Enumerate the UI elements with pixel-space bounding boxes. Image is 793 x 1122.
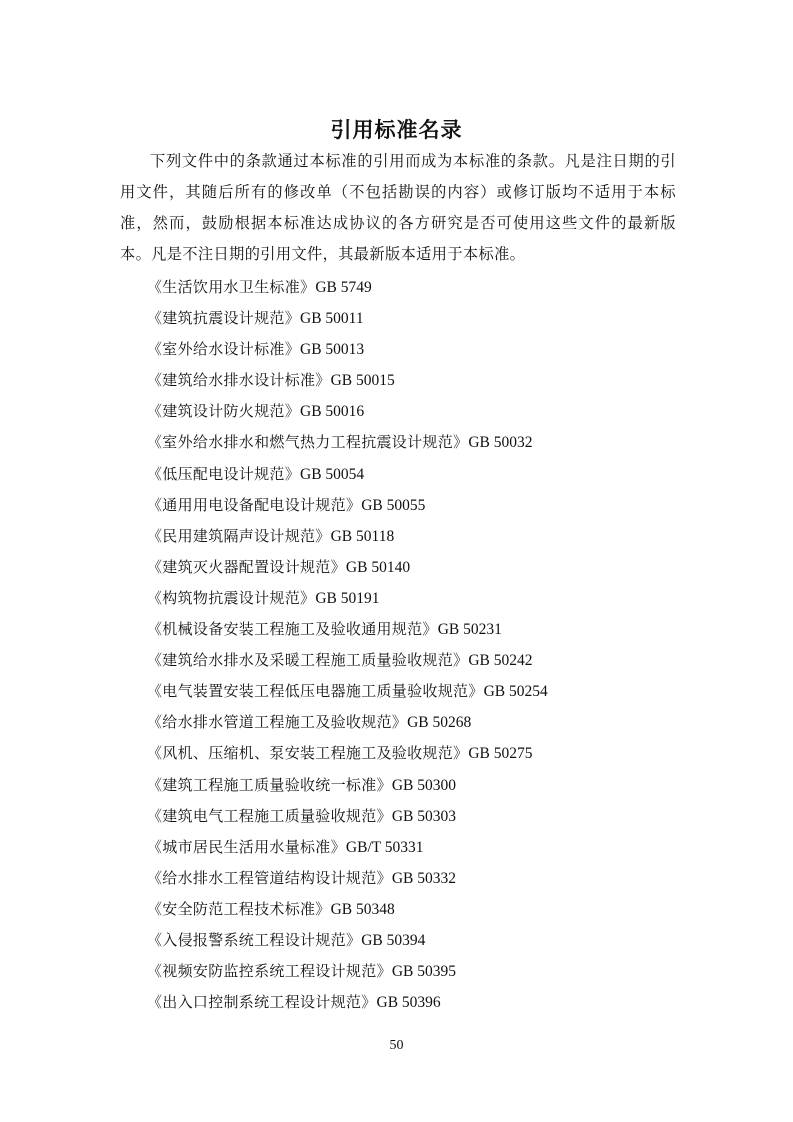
reference-name: 《室外给水排水和燃气热力工程抗震设计规范》: [147, 433, 468, 451]
reference-name: 《给水排水管道工程施工及验收规范》: [147, 713, 407, 731]
reference-code: GB 5749: [315, 279, 371, 296]
reference-name: 《出入口控制系统工程设计规范》: [147, 993, 377, 1011]
reference-code: GB 50011: [300, 310, 364, 327]
reference-code: GB 50118: [331, 528, 395, 545]
reference-name: 《构筑物抗震设计规范》: [147, 589, 315, 607]
reference-name: 《建筑工程施工质量验收统一标准》: [147, 776, 392, 794]
list-item: 《建筑电气工程施工质量验收规范》GB 50303: [147, 801, 548, 832]
list-item: 《城市居民生活用水量标准》GB/T 50331: [147, 832, 548, 863]
reference-name: 《通用用电设备配电设计规范》: [147, 496, 361, 514]
list-item: 《通用用电设备配电设计规范》GB 50055: [147, 490, 548, 521]
reference-name: 《室外给水设计标准》: [147, 340, 300, 358]
reference-name: 《建筑给水排水设计标准》: [147, 371, 331, 389]
reference-name: 《建筑抗震设计规范》: [147, 309, 300, 327]
reference-code: GB 50055: [361, 497, 425, 514]
reference-code: GB 50395: [392, 963, 456, 980]
reference-code: GB 50191: [315, 590, 379, 607]
reference-name: 《给水排水工程管道结构设计规范》: [147, 869, 392, 887]
list-item: 《给水排水管道工程施工及验收规范》GB 50268: [147, 707, 548, 738]
reference-name: 《生活饮用水卫生标准》: [147, 278, 315, 296]
reference-name: 《电气装置安装工程低压电器施工质量验收规范》: [147, 682, 484, 700]
page-title: 引用标准名录: [0, 115, 793, 145]
reference-name: 《建筑电气工程施工质量验收规范》: [147, 807, 392, 825]
list-item: 《建筑工程施工质量验收统一标准》GB 50300: [147, 770, 548, 801]
reference-code: GB 50013: [300, 341, 364, 358]
list-item: 《生活饮用水卫生标准》GB 5749: [147, 272, 548, 303]
page-number: 50: [0, 1038, 793, 1054]
reference-code: GB 50254: [484, 683, 548, 700]
list-item: 《电气装置安装工程低压电器施工质量验收规范》GB 50254: [147, 676, 548, 707]
reference-list: 《生活饮用水卫生标准》GB 5749 《建筑抗震设计规范》GB 50011 《室…: [147, 272, 548, 1018]
list-item: 《机械设备安装工程施工及验收通用规范》GB 50231: [147, 614, 548, 645]
list-item: 《民用建筑隔声设计规范》GB 50118: [147, 521, 548, 552]
list-item: 《室外给水设计标准》GB 50013: [147, 334, 548, 365]
reference-code: GB 50231: [438, 621, 502, 638]
reference-name: 《入侵报警系统工程设计规范》: [147, 931, 361, 949]
list-item: 《建筑抗震设计规范》GB 50011: [147, 303, 548, 334]
list-item: 《入侵报警系统工程设计规范》GB 50394: [147, 925, 548, 956]
reference-code: GB 50300: [392, 777, 456, 794]
list-item: 《视频安防监控系统工程设计规范》GB 50395: [147, 956, 548, 987]
reference-code: GB 50303: [392, 808, 456, 825]
list-item: 《构筑物抗震设计规范》GB 50191: [147, 583, 548, 614]
reference-name: 《建筑灭火器配置设计规范》: [147, 558, 346, 576]
list-item: 《给水排水工程管道结构设计规范》GB 50332: [147, 863, 548, 894]
reference-code: GB 50396: [377, 994, 441, 1011]
intro-paragraph: 下列文件中的条款通过本标准的引用而成为本标准的条款。凡是注日期的引用文件，其随后…: [120, 146, 676, 270]
list-item: 《建筑灭火器配置设计规范》GB 50140: [147, 552, 548, 583]
reference-code: GB 50054: [300, 466, 364, 483]
list-item: 《建筑给水排水设计标准》GB 50015: [147, 365, 548, 396]
list-item: 《建筑给水排水及采暖工程施工质量验收规范》GB 50242: [147, 645, 548, 676]
list-item: 《出入口控制系统工程设计规范》GB 50396: [147, 987, 548, 1018]
reference-code: GB 50140: [346, 559, 410, 576]
reference-code: GB 50268: [407, 714, 471, 731]
reference-code: GB 50332: [392, 870, 456, 887]
list-item: 《低压配电设计规范》GB 50054: [147, 459, 548, 490]
reference-name: 《机械设备安装工程施工及验收通用规范》: [147, 620, 438, 638]
reference-code: GB 50242: [468, 652, 532, 669]
list-item: 《风机、压缩机、泵安装工程施工及验收规范》GB 50275: [147, 738, 548, 769]
reference-name: 《低压配电设计规范》: [147, 465, 300, 483]
reference-name: 《建筑设计防火规范》: [147, 402, 300, 420]
reference-code: GB 50348: [331, 901, 395, 918]
reference-code: GB/T 50331: [346, 839, 424, 856]
reference-name: 《建筑给水排水及采暖工程施工质量验收规范》: [147, 651, 468, 669]
reference-name: 《城市居民生活用水量标准》: [147, 838, 346, 856]
list-item: 《室外给水排水和燃气热力工程抗震设计规范》GB 50032: [147, 427, 548, 458]
reference-code: GB 50275: [468, 745, 532, 762]
reference-name: 《民用建筑隔声设计规范》: [147, 527, 331, 545]
reference-code: GB 50394: [361, 932, 425, 949]
list-item: 《安全防范工程技术标准》GB 50348: [147, 894, 548, 925]
list-item: 《建筑设计防火规范》GB 50016: [147, 396, 548, 427]
reference-code: GB 50016: [300, 403, 364, 420]
reference-name: 《安全防范工程技术标准》: [147, 900, 331, 918]
reference-code: GB 50015: [331, 372, 395, 389]
reference-name: 《视频安防监控系统工程设计规范》: [147, 962, 392, 980]
reference-name: 《风机、压缩机、泵安装工程施工及验收规范》: [147, 744, 468, 762]
reference-code: GB 50032: [468, 434, 532, 451]
